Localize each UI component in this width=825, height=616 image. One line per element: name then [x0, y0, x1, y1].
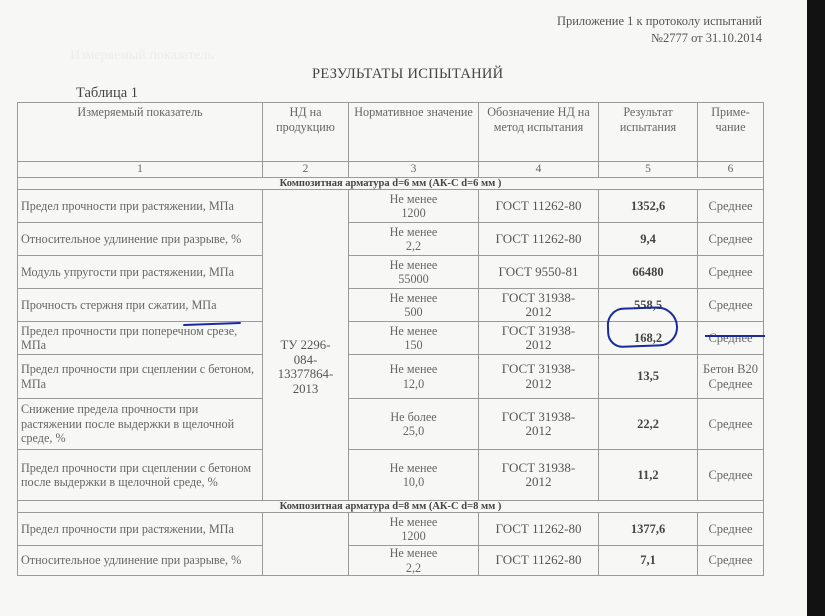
result-cell: 22,2 [599, 399, 698, 450]
method-cell: ГОСТ 11262-80 [479, 190, 599, 223]
parameter-cell: Снижение предела прочности при растяжени… [18, 399, 263, 450]
result-cell: 11,2 [599, 450, 698, 501]
norm-cell: Не менее10,0 [349, 450, 479, 501]
norm-cell: Не менее2,2 [349, 546, 479, 576]
result-cell: 66480 [599, 256, 698, 289]
result-cell: 9,4 [599, 223, 698, 256]
method-cell: ГОСТ 31938-2012 [479, 450, 599, 501]
product-spec-cell [263, 513, 349, 576]
result-cell: 1352,6 [599, 190, 698, 223]
note-cell: Среднее [698, 322, 764, 355]
norm-cell: Не менее1200 [349, 190, 479, 223]
note-cell: Среднее [698, 190, 764, 223]
parameter-cell: Предел прочности при сцеплении с бетоном… [18, 355, 263, 399]
table-row: Относительное удлинение при разрыве, %Не… [18, 546, 764, 576]
result-cell: 558,5 [599, 289, 698, 322]
table-label: Таблица 1 [76, 85, 138, 102]
parameter-cell: Предел прочности при сцеплении с бетоном… [18, 450, 263, 501]
method-cell: ГОСТ 31938-2012 [479, 322, 599, 355]
appendix-line-2: №2777 от 31.10.2014 [557, 30, 762, 47]
appendix-line-1: Приложение 1 к протоколу испытаний [557, 13, 762, 30]
note-cell: Среднее [698, 223, 764, 256]
col-number: 5 [599, 162, 698, 178]
method-cell: ГОСТ 31938-2012 [479, 289, 599, 322]
col-header-norm: Нормативное значение [349, 103, 479, 162]
document-title: РЕЗУЛЬТАТЫ ИСПЫТАНИЙ [312, 66, 503, 83]
pen-underline-mark [705, 335, 765, 337]
col-number: 3 [349, 162, 479, 178]
parameter-cell: Относительное удлинение при разрыве, % [18, 546, 263, 576]
note-cell: Среднее [698, 546, 764, 576]
method-cell: ГОСТ 11262-80 [479, 546, 599, 576]
col-number: 2 [263, 162, 349, 178]
product-spec-cell: ТУ 2296-084-13377864-2013 [263, 190, 349, 501]
table-row: Предел прочности при растяжении, МПаТУ 2… [18, 190, 764, 223]
col-header-method: Обозначение НД на метод испытания [479, 103, 599, 162]
norm-cell: Не менее500 [349, 289, 479, 322]
group-title: Композитная арматура d=8 мм (АК-С d=8 мм… [18, 501, 764, 513]
result-cell: 7,1 [599, 546, 698, 576]
parameter-cell: Предел прочности при поперечном срезе, М… [18, 322, 263, 355]
results-table: Измеряемый показатель НД на продукцию Но… [17, 102, 764, 576]
appendix-reference: Приложение 1 к протоколу испытаний №2777… [557, 13, 762, 47]
parameter-cell: Модуль упругости при растяжении, МПа [18, 256, 263, 289]
norm-cell: Не менее2,2 [349, 223, 479, 256]
norm-cell: Не менее150 [349, 322, 479, 355]
document-page: Измеряемый показатель Приложение 1 к про… [0, 0, 807, 616]
norm-cell: Не менее1200 [349, 513, 479, 546]
col-header-product-spec: НД на продукцию [263, 103, 349, 162]
group-header-row: Композитная арматура d=8 мм (АК-С d=8 мм… [18, 501, 764, 513]
method-cell: ГОСТ 11262-80 [479, 223, 599, 256]
parameter-cell: Относительное удлинение при разрыве, % [18, 223, 263, 256]
table-row: Снижение предела прочности при растяжени… [18, 399, 764, 450]
col-header-parameter: Измеряемый показатель [18, 103, 263, 162]
note-cell: Среднее [698, 513, 764, 546]
table-row: Прочность стержня при сжатии, МПаНе мене… [18, 289, 764, 322]
table-row: Предел прочности при сцеплении с бетоном… [18, 355, 764, 399]
table-row: Предел прочности при растяжении, МПаНе м… [18, 513, 764, 546]
result-cell: 1377,6 [599, 513, 698, 546]
result-cell: 13,5 [599, 355, 698, 399]
parameter-cell: Предел прочности при растяжении, МПа [18, 513, 263, 546]
col-number: 6 [698, 162, 764, 178]
col-header-result: Результат испытания [599, 103, 698, 162]
note-cell: Среднее [698, 289, 764, 322]
group-title: Композитная арматура d=6 мм (АК-С d=6 мм… [18, 178, 764, 190]
norm-cell: Не более25,0 [349, 399, 479, 450]
table-row: Предел прочности при поперечном срезе, М… [18, 322, 764, 355]
note-cell: Среднее [698, 256, 764, 289]
parameter-cell: Предел прочности при растяжении, МПа [18, 190, 263, 223]
table-row: Предел прочности при сцеплении с бетоном… [18, 450, 764, 501]
note-cell: Среднее [698, 450, 764, 501]
table-row: Модуль упругости при растяжении, МПаНе м… [18, 256, 764, 289]
column-number-row: 1 2 3 4 5 6 [18, 162, 764, 178]
norm-cell: Не менее55000 [349, 256, 479, 289]
note-cell: Среднее [698, 399, 764, 450]
method-cell: ГОСТ 31938-2012 [479, 399, 599, 450]
note-cell: Бетон В20 Среднее [698, 355, 764, 399]
col-number: 4 [479, 162, 599, 178]
bleed-through-text: Измеряемый показатель [70, 48, 214, 64]
parameter-cell: Прочность стержня при сжатии, МПа [18, 289, 263, 322]
norm-cell: Не менее12,0 [349, 355, 479, 399]
col-header-note: Приме-чание [698, 103, 764, 162]
table-row: Относительное удлинение при разрыве, %Не… [18, 223, 764, 256]
table-header-row: Измеряемый показатель НД на продукцию Но… [18, 103, 764, 162]
method-cell: ГОСТ 11262-80 [479, 513, 599, 546]
scan-border [807, 0, 825, 616]
col-number: 1 [18, 162, 263, 178]
group-header-row: Композитная арматура d=6 мм (АК-С d=6 мм… [18, 178, 764, 190]
method-cell: ГОСТ 9550-81 [479, 256, 599, 289]
method-cell: ГОСТ 31938-2012 [479, 355, 599, 399]
result-cell: 168,2 [599, 322, 698, 355]
